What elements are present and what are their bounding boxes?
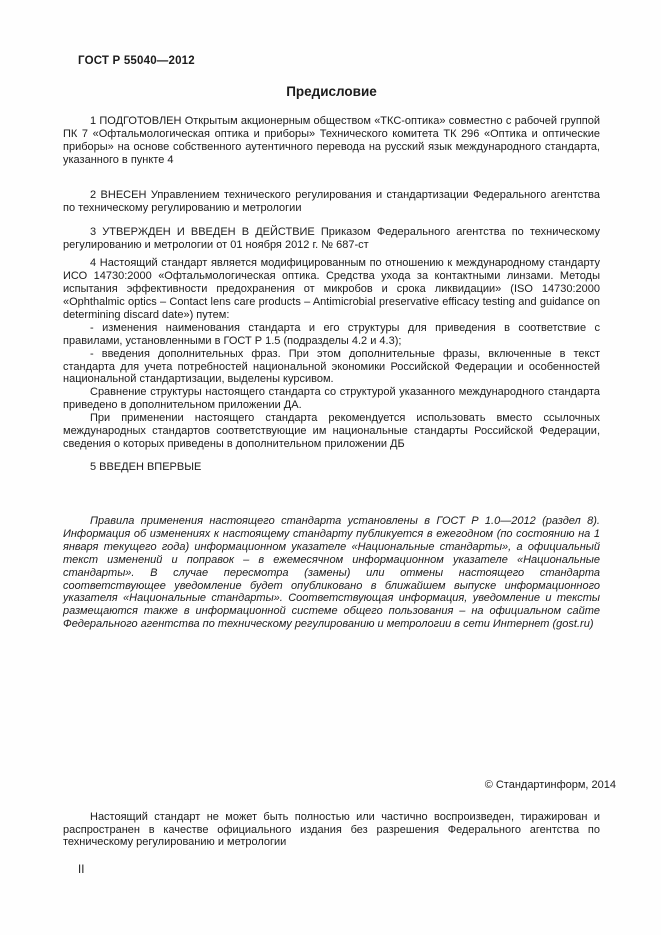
page-title: Предисловие [63, 84, 600, 99]
foreword-clause-4-item-2: - введения дополнительных фраз. При этом… [63, 348, 600, 387]
foreword-clause-4-item-1: - изменения наименования стандарта и его… [63, 322, 600, 348]
application-note: Правила применения настоящего стандарта … [63, 515, 600, 631]
reproduction-notice: Настоящий стандарт не может быть полност… [63, 811, 600, 849]
application-note-section: Правила применения настоящего стандарта … [63, 515, 600, 631]
copyright-line: © Стандартинформ, 2014 [485, 779, 616, 791]
foreword-clause-4-intro: 4 Настоящий стандарт является модифициро… [63, 257, 600, 322]
document-code: ГОСТ Р 55040—2012 [78, 55, 195, 67]
foreword-clause-4-note-2: При применении настоящего стандарта реко… [63, 412, 600, 451]
foreword-clause-5: 5 ВВЕДЕН ВПЕРВЫЕ [63, 461, 600, 474]
reproduction-notice-section: Настоящий стандарт не может быть полност… [63, 811, 600, 849]
foreword-clause-1: 1 ПОДГОТОВЛЕН Открытым акционерным общес… [63, 115, 600, 167]
foreword-section: 1 ПОДГОТОВЛЕН Открытым акционерным общес… [63, 115, 600, 474]
foreword-clause-4-note-1: Сравнение структуры настоящего стандарта… [63, 386, 600, 412]
foreword-clause-3: 3 УТВЕРЖДЕН И ВВЕДЕН В ДЕЙСТВИЕ Приказом… [63, 226, 600, 252]
foreword-clause-2: 2 ВНЕСЕН Управлением технического регули… [63, 189, 600, 215]
page-number: II [78, 864, 84, 876]
document-page: ГОСТ Р 55040—2012 Предисловие 1 ПОДГОТОВ… [0, 0, 661, 935]
